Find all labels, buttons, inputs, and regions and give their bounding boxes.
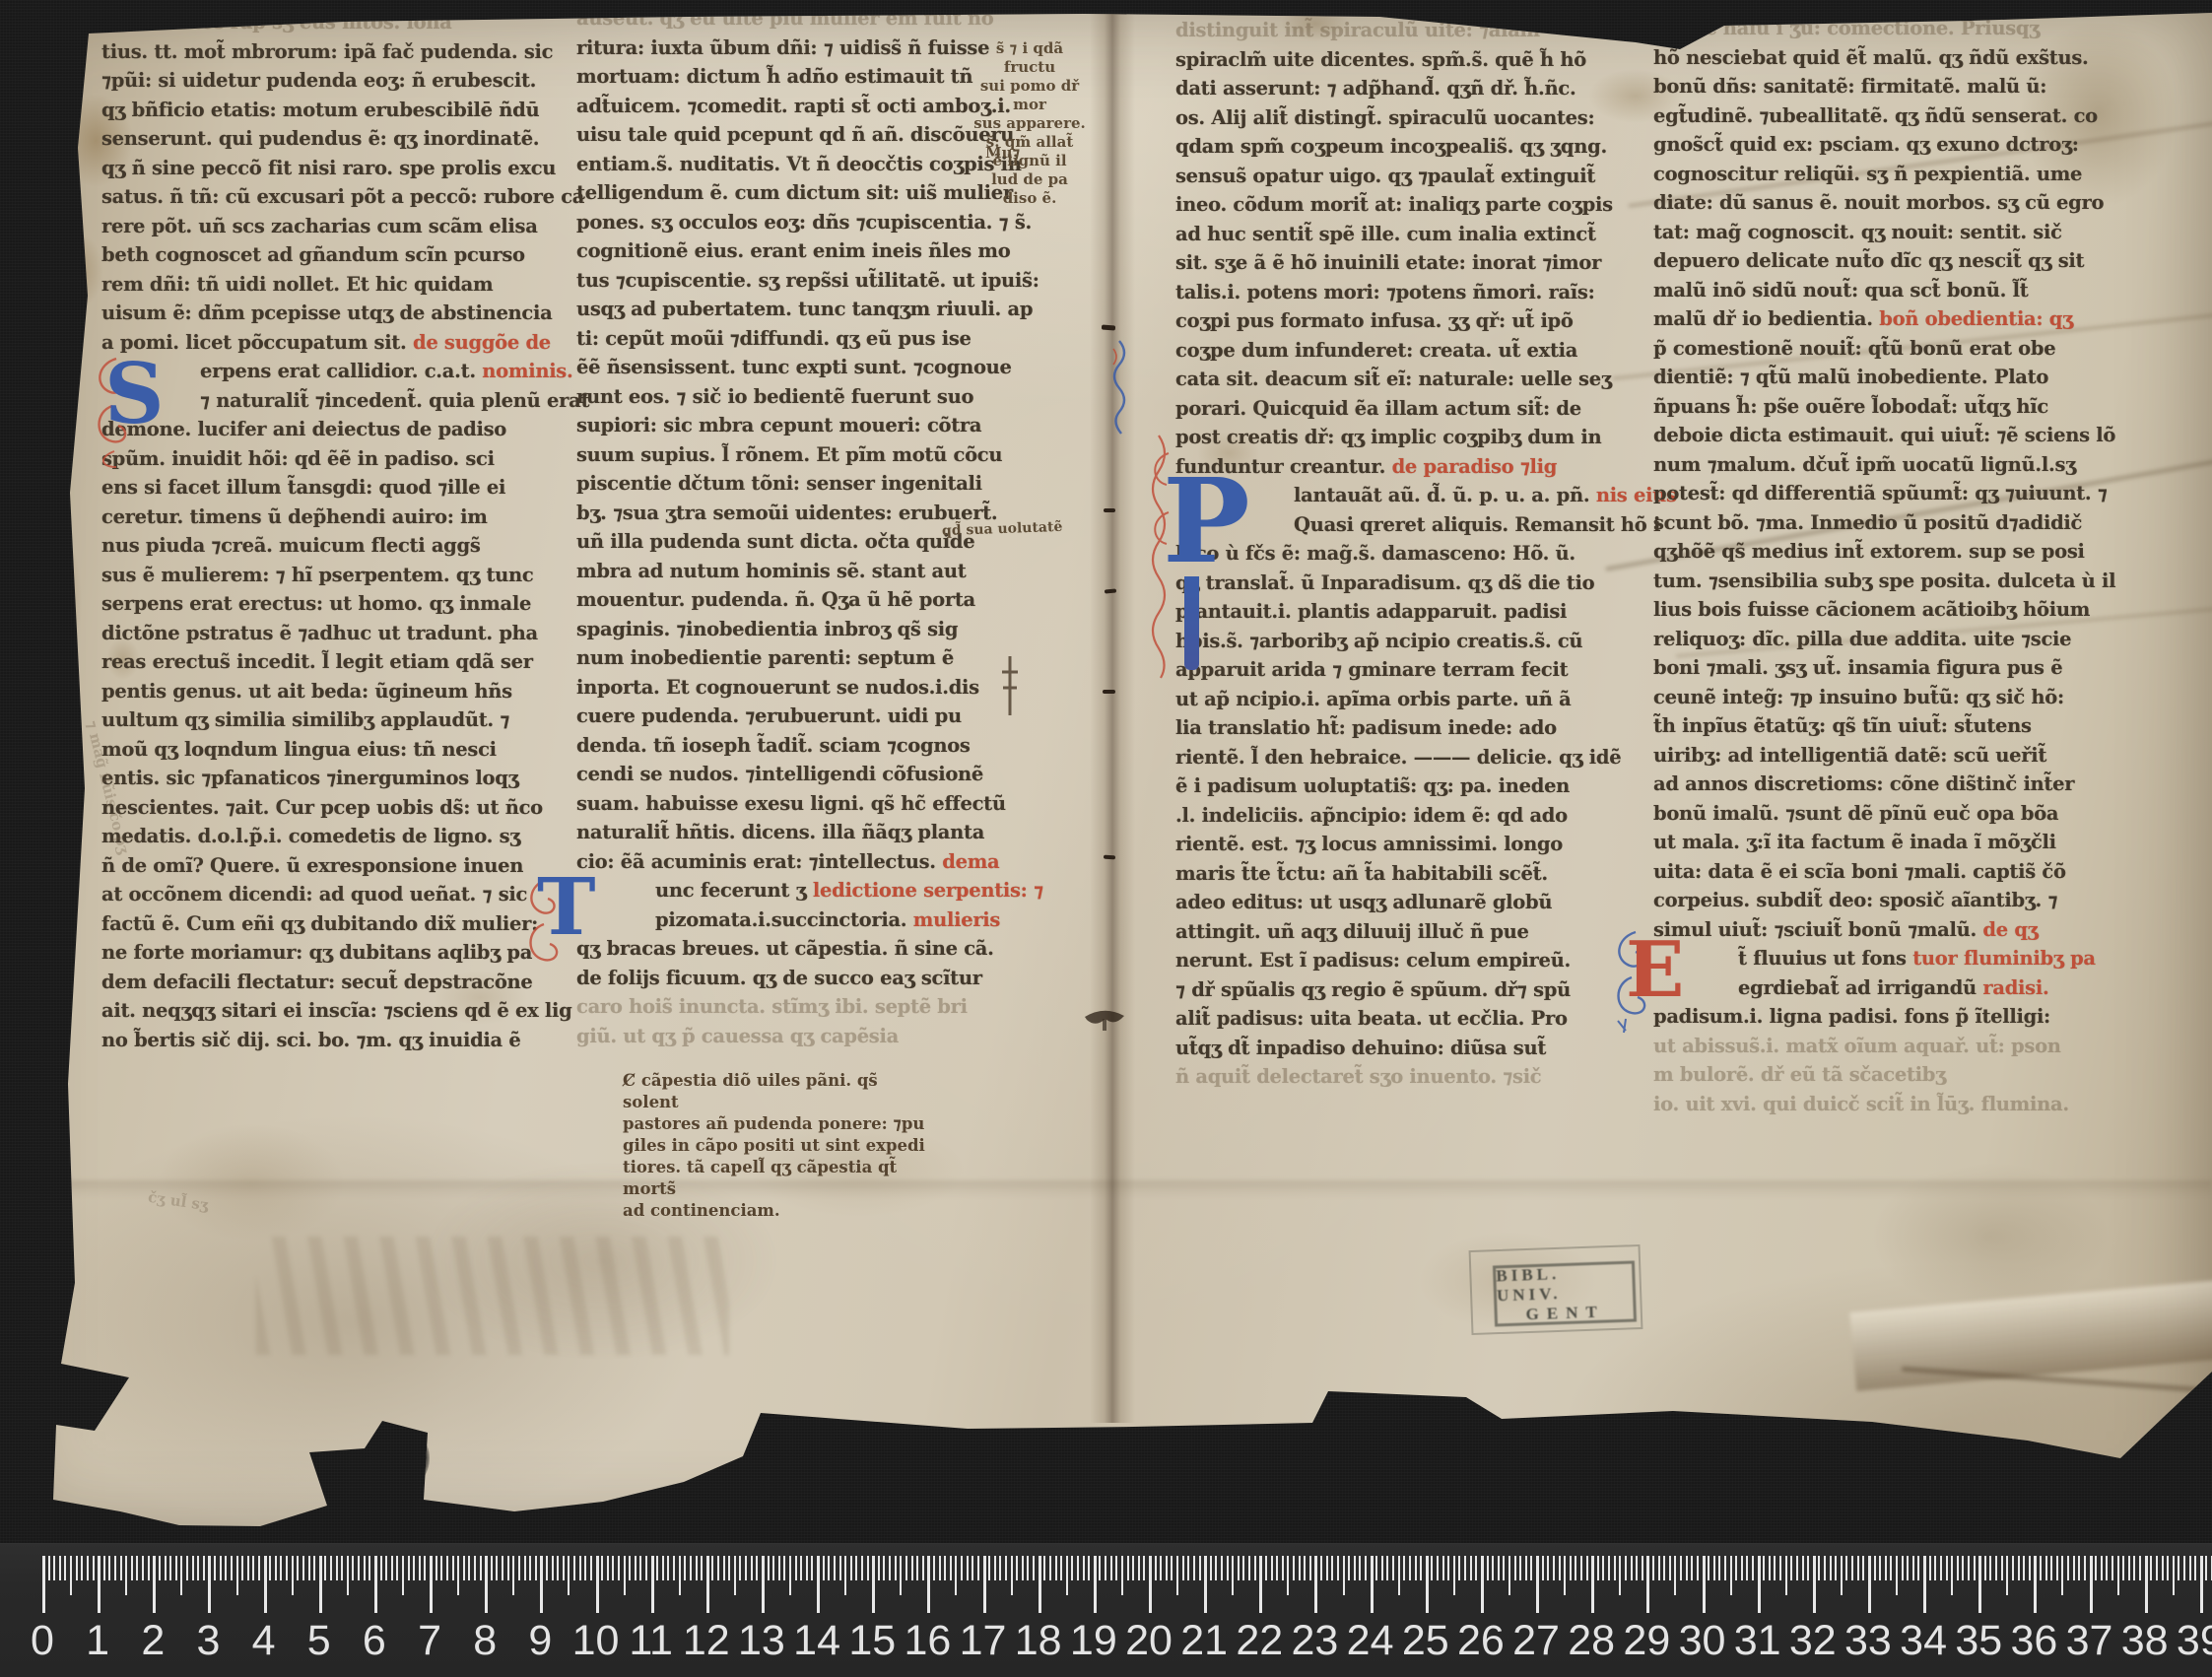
- ruler-tick-cm: [1646, 1556, 1649, 1613]
- ruler-tick-cm: [1703, 1556, 1706, 1613]
- ruler-tick-half: [1564, 1556, 1566, 1595]
- ruler-tick-half: [1343, 1556, 1345, 1595]
- body-text: ritura: iuxta ũbum dñi: ⁊ uidiss̃ ñ fuis…: [576, 36, 989, 59]
- ruler-tick-mm: [1475, 1556, 1477, 1580]
- ruler-tick-cm: [1426, 1556, 1429, 1613]
- ruler-tick-mm: [823, 1556, 825, 1580]
- ruler-tick-half: [180, 1556, 182, 1595]
- body-text: p̃ comestionẽ nouit̃: qt̃ũ bonũ erat obe: [1653, 337, 2055, 360]
- text-line: rem dñi: tñ uidi nollet. Et hic quidam: [101, 270, 567, 300]
- ruler-tick-cm: [817, 1556, 820, 1613]
- body-text: hbis.s̃. ⁊arboribʒ ap̃ ncipio creatis.s̃…: [1175, 630, 1582, 652]
- ruler-tick-half: [2061, 1556, 2063, 1595]
- ruler-tick-mm: [1265, 1556, 1267, 1580]
- body-text: spũm. inuidit hõi: qd ẽẽ in padiso. sci: [101, 447, 495, 470]
- body-text: lius bois fuisse cãcionem acãtioibʒ hõiu…: [1653, 598, 2090, 621]
- ruler-tick-mm: [1187, 1556, 1189, 1580]
- ruler-tick-mm: [507, 1556, 509, 1580]
- initial-S: S: [104, 353, 165, 436]
- body-text: tius. tt. mot̃ mbrorum: ipã fač pudenda.…: [101, 40, 553, 63]
- ruler-tick-mm: [1559, 1556, 1561, 1580]
- ruler-tick-mm: [269, 1556, 271, 1580]
- ruler-tick-cm: [1923, 1556, 1926, 1613]
- ruler-tick-mm: [2167, 1556, 2169, 1580]
- body-text: ⁊ naturalit̃ ⁊incedent̃. quia plenũ erat: [200, 389, 589, 412]
- ruler-tick-mm: [2101, 1556, 2103, 1580]
- text-line: tus ⁊cupiscentie. sʒ reps̃si ut̃ilitatẽ.…: [576, 266, 1049, 296]
- ruler-tick-mm: [380, 1556, 382, 1580]
- ruler-tick-cm: [1039, 1556, 1041, 1613]
- ruler-tick-cm: [1094, 1556, 1097, 1613]
- ruler-tick-mm: [795, 1556, 797, 1580]
- ruler-tick-mm: [341, 1556, 343, 1580]
- text-line: dati asserunt: ⁊ adp̃hand̃. qʒñ dř. h̃.ñ…: [1175, 74, 1637, 103]
- ruler-tick-mm: [1492, 1556, 1494, 1580]
- ruler-tick-mm: [1718, 1556, 1720, 1580]
- text-line: t̃h inpĩus ẽtatũʒ: qs̃ tĩn uiut̃: st̃ute…: [1653, 711, 2128, 741]
- ruler-tick-mm: [2073, 1556, 2075, 1580]
- ruler-tick-mm: [1138, 1556, 1140, 1580]
- ruler-tick-mm: [855, 1556, 857, 1580]
- ruler-tick-half: [955, 1556, 957, 1595]
- sewing-anchor: [1082, 1001, 1127, 1035]
- body-text: Quasi qreret aliquis. Remansit hõ i: [1294, 513, 1660, 536]
- body-text: nescientes. ⁊ait. Cur pcep uobis ds̃: ut…: [101, 796, 543, 819]
- rubric-text: nominis.: [482, 360, 572, 382]
- body-text: bonũ dñs: sanitatẽ: firmitatẽ. malũ ũ:: [1653, 75, 2046, 98]
- gloss-line: lud de pa: [970, 170, 1090, 189]
- initial-E: E: [1626, 932, 1684, 1009]
- text-line: ait. neqʒqʒ sitari ei inscĩa: ⁊sciens qd…: [101, 996, 567, 1026]
- crease: [1902, 1367, 2212, 1393]
- ruler-tick-mm: [1902, 1556, 1904, 1580]
- ruler-tick-cm: [1481, 1556, 1484, 1613]
- text-line: ẽẽ ñsensissent. tunc expti sunt. ⁊cognou…: [576, 353, 1049, 382]
- ruler-tick-half: [1730, 1556, 1732, 1595]
- text-line: qʒ bñficio etatis: motum erubescibilē ñd…: [101, 96, 567, 125]
- ruler-tick-mm: [1375, 1556, 1377, 1580]
- ruler-tick-mm: [607, 1556, 609, 1580]
- ruler-tick-mm: [690, 1556, 692, 1580]
- ruler-tick-mm: [408, 1556, 410, 1580]
- ruler-tick-mm: [656, 1556, 658, 1580]
- body-text: suum supius. l̃ rõnem. Et pĩm motũ cõcu: [576, 443, 1002, 466]
- ruler-tick-cm: [983, 1556, 986, 1613]
- rubric-text: ledictione serpentis: ⁊: [813, 879, 1043, 902]
- body-text: ut abissus̃.i. matx̃ oĩum aquař. ut̃: ps…: [1653, 1035, 2061, 1057]
- parchment-hole: [372, 1427, 430, 1490]
- body-text: post creatis dř: qʒ implic coʒpibʒ dum i…: [1175, 426, 1601, 448]
- ruler-tick-cm: [1314, 1556, 1317, 1613]
- ruler-tick-mm: [2001, 1556, 2003, 1580]
- margin-note: ppter cõ: [2, 609, 71, 627]
- text-line: sičos̃c naiũ ĩ ʒū: comectione. Priusqʒ: [1653, 14, 2128, 43]
- ruler-tick-mm: [1663, 1556, 1665, 1580]
- ruler-tick-mm: [2205, 1556, 2207, 1580]
- text-line: coʒpe dum infunderet: creata. ut̃ extia: [1175, 336, 1637, 366]
- ruler-tick-mm: [53, 1556, 55, 1580]
- ruler-tick-mm: [131, 1556, 133, 1580]
- marginal-gloss: Mu⁊: [985, 144, 1020, 163]
- body-text: plantauit.i. plantis adapparuit. padisi: [1175, 600, 1567, 623]
- ruler-tick-mm: [988, 1556, 990, 1580]
- ruler-tick-mm: [1254, 1556, 1256, 1580]
- ruler-tick-cm: [1978, 1556, 1981, 1613]
- body-text: uñ illa pudenda sunt dicta. očta quide: [576, 530, 974, 553]
- footnote-line: tiores. tã capell̃ qʒ cãpestia qt̃ morts…: [623, 1157, 938, 1200]
- ruler-tick-mm: [1735, 1556, 1737, 1580]
- text-line: qdam spm̃ coʒpeum incoʒpealis̃. qʒ ʒqng.: [1175, 132, 1637, 162]
- body-text: mortuam: dictum h̃ adño estimauit tñ: [576, 65, 972, 88]
- ruler-tick-mm: [2084, 1556, 2086, 1580]
- ruler-tick-mm: [391, 1556, 393, 1580]
- text-line: distinguit int̃ spiraculũ uite: ⁊aiãm: [1175, 16, 1637, 45]
- ruler-tick-cm: [1758, 1556, 1761, 1613]
- ruler-tick-mm: [2078, 1556, 2080, 1580]
- stain: [37, 532, 82, 670]
- body-text: depuero delicate nut̃o dĩc qʒ nescit̃ qʒ…: [1653, 249, 2084, 272]
- text-line: ad annos discretioms: cõne dis̃tinč int̃…: [1653, 770, 2128, 799]
- ruler-tick-mm: [1830, 1556, 1832, 1580]
- ruler-tick-mm: [1984, 1556, 1986, 1580]
- rubric-text: de paradiso ⁊lig: [1392, 455, 1557, 478]
- ruler-tick-mm: [480, 1556, 482, 1580]
- body-text: m bulorẽ. dř eũ tã sčacetibʒ: [1653, 1063, 1946, 1086]
- body-text: dientiẽ: ⁊ qt̃ũ malũ inobediente. Plato: [1653, 366, 2048, 388]
- ruler-tick-mm: [280, 1556, 282, 1580]
- ruler-tick-mm: [452, 1556, 454, 1580]
- text-line: entis. sic ⁊pfanaticos ⁊inerguminos loqʒ: [101, 764, 567, 793]
- ruler-tick-mm: [2040, 1556, 2042, 1580]
- ruler-tick-mm: [783, 1556, 785, 1580]
- ruler-tick-mm: [994, 1556, 996, 1580]
- body-text: simul uiut̃: ⁊sciuit̃ bonũ ⁊malũ.: [1653, 918, 1982, 941]
- ruler-tick-mm: [612, 1556, 614, 1580]
- fold-flourish: [1107, 339, 1131, 437]
- stamp-line-1: BIBL. UNIV.: [1496, 1262, 1633, 1307]
- faded-scribble: sʒ ⁊ čali g̃ral mũ: [30, 414, 66, 550]
- ruler-tick-mm: [1088, 1556, 1090, 1580]
- rubric-text: de qʒ: [1982, 918, 2038, 941]
- rubric-text: mulieris: [913, 908, 1000, 931]
- ruler-tick-half: [1508, 1556, 1510, 1595]
- body-text: alit̃ padisus: uita beata. ut ecčlia. Pr…: [1175, 1007, 1568, 1030]
- ruler-tick-mm: [1547, 1556, 1549, 1580]
- text-line: ñ de omĩ? Quere. ũ exresponsione inuen: [101, 851, 567, 881]
- text-line: hbis.s̃. ⁊arboribʒ ap̃ ncipio creatis.s̃…: [1175, 627, 1637, 656]
- ruler-tick-mm: [2139, 1556, 2141, 1580]
- ruler-tick-mm: [535, 1556, 537, 1580]
- body-text: uultum qʒ similia similibʒ applaudũt. ⁊: [101, 708, 509, 731]
- text-line: tum. ⁊sensibilia subʒ spe posita. dulcet…: [1653, 567, 2128, 596]
- ruler-tick-mm: [1470, 1556, 1472, 1580]
- text-line: post creatis dř: qʒ implic coʒpibʒ dum i…: [1175, 423, 1637, 452]
- text-line: coʒpi pus formato infusa. ʒʒ qř: ut̃ ipõ: [1175, 306, 1637, 336]
- ruler-tick-mm: [324, 1556, 326, 1580]
- ruler-tick-mm: [1498, 1556, 1500, 1580]
- body-text: ut̃qʒ dt̃ inpadiso dehuino: diũsa sut̃: [1175, 1037, 1546, 1059]
- ruler-tick-mm: [1597, 1556, 1599, 1580]
- ruler-tick-mm: [1680, 1556, 1682, 1580]
- body-text: rientẽ. est. ⁊ʒ locus amnissimi. longo: [1175, 833, 1563, 855]
- ruler-tick-mm: [114, 1556, 116, 1580]
- text-line: padisum.i. ligna padisi. fons p̃ ĩtellig…: [1653, 1002, 2128, 1032]
- body-text: ut ap̃ ncipio.i. apĩma orbis parte. uñ ã: [1175, 688, 1571, 710]
- ruler-tick-mm: [1326, 1556, 1328, 1580]
- body-text: num ⁊malum. dčut̃ ipm̃ uocatũ lignũ.l.sʒ: [1653, 453, 2076, 476]
- manuscript-photograph: { "colors": { "ink": "#42382b", "rubric"…: [0, 0, 2212, 1677]
- ruler-tick-mm: [1077, 1556, 1079, 1580]
- text-line: p̃ comestionẽ nouit̃: qt̃ũ bonũ erat obe: [1653, 334, 2128, 364]
- body-text: ñ aquit̃ delectaret̃ sʒo inuento. ⁊sič: [1175, 1065, 1541, 1088]
- ruler-tick-half: [900, 1556, 902, 1595]
- margin-symbol: [999, 654, 1021, 717]
- text-line: reliquoʒ: dĩc. pilla due addita. uite ⁊s…: [1653, 625, 2128, 654]
- ruler-tick-mm: [811, 1556, 813, 1580]
- ruler-tick-mm: [1299, 1556, 1301, 1580]
- text-line: plantauit.i. plantis adapparuit. padisi: [1175, 597, 1637, 627]
- ruler-tick-mm: [916, 1556, 918, 1580]
- body-text: spaginis. ⁊inobedientia inbroʒ qs̃ sig: [576, 618, 958, 640]
- ruler-tick-mm: [419, 1556, 421, 1580]
- ruler-tick-mm: [1652, 1556, 1654, 1580]
- ruler-tick-mm: [352, 1556, 354, 1580]
- margin-note: dʒ: [26, 680, 44, 698]
- ruler-tick-mm: [1210, 1556, 1212, 1580]
- ruler-tick-mm: [2162, 1556, 2164, 1580]
- ruler-tick-mm: [1763, 1556, 1765, 1580]
- body-text: cognitionẽ eius. erant enim ineis ñles m…: [576, 239, 1010, 262]
- body-text: ad huc sentit̃ spẽ ille. cum inalia exti…: [1175, 223, 1596, 245]
- body-text: pones. sʒ occulos eoʒ: dñs ⁊cupiscentia.…: [576, 211, 1032, 234]
- ruler-tick-cm: [319, 1556, 322, 1613]
- ruler-tick-mm: [867, 1556, 869, 1580]
- text-line: potest̃: qd differentiã spũumt̃: qʒ ⁊uiu…: [1653, 479, 2128, 508]
- ruler-tick-mm: [1542, 1556, 1544, 1580]
- ruler-tick-cm: [1149, 1556, 1152, 1613]
- text-line: maris t̃te t̃ctu: añ t̃a habitabili scẽt…: [1175, 859, 1637, 889]
- ruler-tick-cm: [1204, 1556, 1207, 1613]
- ruler-tick-mm: [1127, 1556, 1129, 1580]
- body-text: dem defacili flectatur: secut̃ depstracõ…: [101, 971, 533, 993]
- body-text: porari. Quicquid ẽa illam actum sit̃: de: [1175, 397, 1581, 420]
- ruler-tick-half: [70, 1556, 72, 1595]
- text-line: attingit. uñ aqʒ diluuij illuč ñ pue: [1175, 917, 1637, 947]
- ruler-tick-mm: [2189, 1556, 2191, 1580]
- ruler-tick-mm: [186, 1556, 188, 1580]
- body-text: spiraclm̃ uite dicentes. spm̃.s̃. quẽ h̃…: [1175, 48, 1586, 71]
- text-line: egrdiebat̃ ad irrigandũ radisi.: [1653, 973, 2128, 1003]
- ruler-tick-mm: [768, 1556, 770, 1580]
- ruler-tick-mm: [1242, 1556, 1244, 1580]
- body-text: ceretur. timens ũ dep̃hendi auiro: im: [101, 505, 488, 528]
- ruler-tick-mm: [557, 1556, 559, 1580]
- ruler-tick-half: [734, 1556, 736, 1595]
- text-line: ad huc sentit̃ spẽ ille. cum inalia exti…: [1175, 220, 1637, 249]
- text-line: spũm. inuidit hõi: qd ẽẽ in padiso. sci: [101, 444, 567, 474]
- text-line: pones. sʒ occulos eoʒ: dñs ⁊cupiscentia.…: [576, 208, 1049, 237]
- body-text: supiori: sic mbra cepunt moueri: cõtra: [576, 414, 981, 436]
- text-line: no b̃ertis sič dij. sci. bo. ⁊m. qʒ inui…: [101, 1026, 567, 1055]
- body-text: sičos̃c naiũ ĩ ʒū: comectione. Priusqʒ: [1653, 17, 2040, 39]
- ruler-tick-mm: [275, 1556, 277, 1580]
- crease: [1849, 1279, 2212, 1391]
- ruler-tick-mm: [584, 1556, 586, 1580]
- ruler-tick-cm: [651, 1556, 654, 1613]
- text-line: tat: mag̃ cognoscit. qʒ nouit: sentit. s…: [1653, 218, 2128, 247]
- ruler-tick-mm: [1155, 1556, 1157, 1580]
- stain: [1872, 1163, 2109, 1310]
- body-text: padisum.i. ligna padisi. fons p̃ ĩtellig…: [1653, 1005, 2050, 1028]
- text-line: piscentie dčtum tõni: senser ingenitali: [576, 469, 1049, 499]
- ruler-tick-mm: [972, 1556, 973, 1580]
- ruler-tick-mm: [1713, 1556, 1715, 1580]
- body-text: ⁊ dř spũalis qʒ regio ẽ spũum. dř⁊ spũ: [1175, 978, 1571, 1001]
- ruler-tick-mm: [142, 1556, 144, 1580]
- sewing-stitch: [1102, 325, 1115, 331]
- ruler-tick-mm: [1193, 1556, 1195, 1580]
- margin-note: mplis.: [8, 632, 58, 649]
- ruler-tick-mm: [579, 1556, 581, 1580]
- ruler-tick-half: [789, 1556, 791, 1595]
- text-line: supiori: sic mbra cepunt moueri: cõtra: [576, 411, 1049, 440]
- text-line: sit. sʒe ã ẽ hõ inuinili etate: inorat ⁊…: [1175, 248, 1637, 278]
- text-line: erpens erat callidior. c.a.t. nominis.: [101, 357, 567, 386]
- body-text: attingit. uñ aqʒ diluuij illuč ñ pue: [1175, 920, 1529, 943]
- text-line: suum supius. l̃ rõnem. Et pĩm motũ cõcu: [576, 440, 1049, 470]
- ruler-tick-half: [292, 1556, 294, 1595]
- rubric-text: dema: [942, 850, 999, 873]
- body-text: qʒ bñficio etatis: motum erubescibilē ñd…: [101, 99, 539, 121]
- ruler-tick-half: [1011, 1556, 1013, 1595]
- text-line: ẽ i padisum uoluptatis̃: qʒ: pa. ineden: [1175, 771, 1637, 801]
- body-text: rem dñi: tñ uidi nollet. Et hic quidam: [101, 273, 493, 296]
- body-text: egrdiebat̃ ad irrigandũ: [1738, 976, 1982, 999]
- ruler-tick-mm: [905, 1556, 907, 1580]
- ruler-tick-mm: [220, 1556, 222, 1580]
- ruler-tick-mm: [2183, 1556, 2185, 1580]
- ruler-tick-cm: [872, 1556, 875, 1613]
- ruler-tick-mm: [850, 1556, 852, 1580]
- ruler-tick-half: [624, 1556, 626, 1595]
- ruler-tick-mm: [1166, 1556, 1168, 1580]
- ruler-tick-mm: [1005, 1556, 1007, 1580]
- text-line: spaginis. ⁊inobedientia inbroʒ qs̃ sig: [576, 615, 1049, 644]
- ruler-tick-mm: [330, 1556, 332, 1580]
- body-text: egt̃udinẽ. ⁊ubeallitatẽ. qʒ ñdũ senserat…: [1653, 104, 2098, 127]
- ruler-tick-mm: [563, 1556, 565, 1580]
- ruler-tick-mm: [1431, 1556, 1433, 1580]
- text-line: ut abissus̃.i. matx̃ oĩum aquař. ut̃: ps…: [1653, 1032, 2128, 1061]
- ruler-tick-mm: [474, 1556, 476, 1580]
- ruler-tick-mm: [1033, 1556, 1035, 1580]
- ruler-tick-mm: [2023, 1556, 2025, 1580]
- ruler-tick-mm: [1487, 1556, 1489, 1580]
- ruler-tick-cm: [596, 1556, 599, 1613]
- ruler-tick-mm: [944, 1556, 946, 1580]
- ruler-tick-mm: [1022, 1556, 1024, 1580]
- ruler-tick-mm: [1658, 1556, 1660, 1580]
- ruler-tick-mm: [1110, 1556, 1112, 1580]
- sewing-stitch: [1103, 690, 1115, 694]
- ruler-tick-cm: [374, 1556, 377, 1613]
- ruler-tick-mm: [1995, 1556, 1997, 1580]
- body-text: sensus̃ opatur uigo. qʒ ⁊paulat̃ extingu…: [1175, 165, 1595, 187]
- text-line: demone. lucifer ani deiectus de padiso: [101, 415, 567, 444]
- ruler-tick-mm: [1835, 1556, 1837, 1580]
- stamp-line-2: GENT: [1525, 1303, 1605, 1325]
- ruler-tick-mm: [103, 1556, 105, 1580]
- text-line: at occõnem dicendi: ad quod ueñat. ⁊ sic: [101, 880, 567, 909]
- text-line: qʒhõẽ qs̃ medius int̃ extorem. sup se po…: [1653, 537, 2128, 567]
- ruler-tick-mm: [1016, 1556, 1018, 1580]
- ruler-tick-mm: [806, 1556, 808, 1580]
- text-line: cio: ẽã acuminis erat: ⁊intellectus. dem…: [576, 847, 1049, 877]
- ruler-tick-half: [1066, 1556, 1068, 1595]
- ruler-tick-mm: [1227, 1556, 1229, 1580]
- body-text: telligendum ẽ. cum dictum sit: uis̃ muli…: [576, 181, 1013, 204]
- ruler-tick-mm: [2029, 1556, 2031, 1580]
- body-text: uisum ẽ: dñm pcepisse utqʒ de abstinenci…: [101, 302, 552, 324]
- ruler-tick-mm: [1862, 1556, 1864, 1580]
- body-text: qdam spm̃ coʒpeum incoʒpealis̃. qʒ ʒqng.: [1175, 135, 1607, 158]
- ruler-tick-mm: [1636, 1556, 1638, 1580]
- text-line: m bulorẽ. dř eũ tã sčacetibʒ: [1653, 1060, 2128, 1090]
- ruler-tick-mm: [1409, 1556, 1411, 1580]
- ruler-tick-mm: [1171, 1556, 1173, 1580]
- text-line: rientẽ. est. ⁊ʒ locus amnissimi. longo: [1175, 830, 1637, 859]
- ruler-tick-half: [1951, 1556, 1953, 1595]
- body-text: bʒ. ⁊sua ʒtra semoũi uidentes: erubuert̃…: [576, 502, 997, 524]
- ruler-tick-mm: [922, 1556, 924, 1580]
- body-text: diate: dũ sanus ẽ. nouit morbos. sʒ cũ e…: [1653, 191, 2104, 214]
- ruler-tick-mm: [1304, 1556, 1306, 1580]
- text-line: ⁊ dř spũalis qʒ regio ẽ spũum. dř⁊ spũ: [1175, 975, 1637, 1005]
- ruler-tick-cm: [153, 1556, 156, 1613]
- ruler-tick-mm: [1669, 1556, 1671, 1580]
- ruler-tick-mm: [424, 1556, 426, 1580]
- ruler-tick-half: [347, 1556, 349, 1595]
- rubric-text: boñ obedientia: qʒ: [1879, 307, 2073, 330]
- ruler-tick-mm: [1420, 1556, 1422, 1580]
- ruler-tick-mm: [999, 1556, 1001, 1580]
- ruler-tick-mm: [2150, 1556, 2152, 1580]
- ruler-tick-mm: [1132, 1556, 1134, 1580]
- body-text: qʒ ñ sine peccõ fit nisi raro. spe proli…: [101, 157, 556, 179]
- text-line: factũ ẽ. Cum eñi qʒ dubitando dix̃ mulie…: [101, 909, 567, 939]
- ruler-tick-mm: [81, 1556, 83, 1580]
- body-text: ineo. cõdum morit̃ at: inaliqʒ parte coʒ…: [1175, 193, 1613, 216]
- ruler-tick-half: [1176, 1556, 1178, 1595]
- body-text: inporta. Et cognouerunt se nudos.i.dis: [576, 676, 979, 699]
- ruler-tick-mm: [1083, 1556, 1085, 1580]
- gloss-line: sui pomo dř mor: [970, 77, 1090, 114]
- text-line: ceunẽ integ̃: ⁊p insuino but̃ũ: qʒ sič h…: [1653, 683, 2128, 712]
- body-text: nus piuda ⁊creã. muicum flecti aggs̃: [101, 534, 481, 557]
- ruler-tick-mm: [552, 1556, 554, 1580]
- ruler-tick-mm: [225, 1556, 227, 1580]
- ruler-tick-cm: [2090, 1556, 2093, 1613]
- column-1: ʒ uãt mũtes rap̃ sʒ eũs mtos. lõnatius. …: [101, 8, 567, 1054]
- ruler-tick-mm: [1503, 1556, 1505, 1580]
- ruler-tick-mm: [1437, 1556, 1439, 1580]
- ruler-tick-mm: [1885, 1556, 1887, 1580]
- text-line: serpens erat erectus: ut homo. qʒ inmale: [101, 589, 567, 619]
- ruler-tick-mm: [590, 1556, 592, 1580]
- ruler-tick-mm: [667, 1556, 669, 1580]
- ruler-tick-cm: [1813, 1556, 1816, 1613]
- text-line: qʒ bracas breues. ut cãpestia. ñ sine cã…: [576, 934, 1049, 964]
